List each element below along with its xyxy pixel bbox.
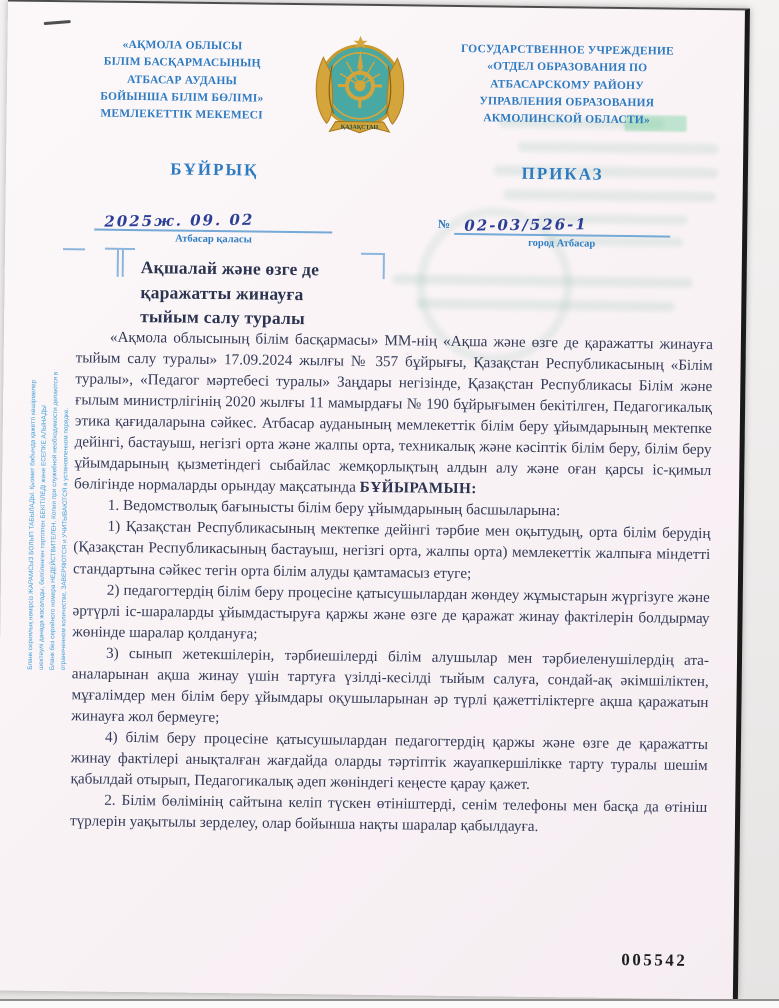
registration-mark-center xyxy=(105,248,135,250)
next-page-edge xyxy=(0,999,779,1008)
number-sign: № xyxy=(438,217,450,232)
scanned-document: «АҚМОЛА ОБЛЫСЫ БІЛІМ БАСҚАРМАСЫНЫҢ АТБАС… xyxy=(0,0,779,1008)
kazakhstan-emblem-svg: ҚАЗАҚСТАН xyxy=(307,31,412,144)
order-header-row: БҰЙРЫҚ 2025ж. 09. 02 Атбасар қаласы ПРИК… xyxy=(59,158,717,251)
document-page: «АҚМОЛА ОБЛЫСЫ БІЛІМ БАСҚАРМАСЫНЫҢ АТБАС… xyxy=(0,0,750,999)
date-field: 2025ж. 09. 02 xyxy=(95,201,333,234)
paragraph-subitem-2: 2) педагогтердің білім беру процесіне қа… xyxy=(72,579,710,650)
order-label-russian: ПРИКАЗ xyxy=(408,162,717,186)
scan-artifact-dash xyxy=(44,20,71,25)
kazakhstan-emblem-icon: ҚАЗАҚСТАН xyxy=(307,31,412,144)
handwritten-date: 2025ж. 09. 02 xyxy=(105,210,343,231)
preamble-text: «Ақмола облысының білім басқармасы» ММ-н… xyxy=(74,329,713,496)
order-kk-cell: БҰЙРЫҚ 2025ж. 09. 02 Атбасар қаласы xyxy=(59,158,369,247)
decree-word: БҰЙЫРАМЫН: xyxy=(360,479,477,497)
order-subject: Ақшалай және өзге де қаражатты жинауға т… xyxy=(140,255,319,331)
paragraph-subitem-1: 1) Қазақстан Республикасының мектепке де… xyxy=(73,516,711,587)
security-microprint: Бланк сериялық нөмірсіз ЖАРАМСЫЗ БОЛЫП Т… xyxy=(26,278,74,671)
order-label-kazakh: БҰЙРЫҚ xyxy=(60,158,369,182)
org-name-kazakh: «АҚМОЛА ОБЛЫСЫ БІЛІМ БАСҚАРМАСЫНЫҢ АТБАС… xyxy=(61,28,304,125)
letterhead: «АҚМОЛА ОБЛЫСЫ БІЛІМ БАСҚАРМАСЫНЫҢ АТБАС… xyxy=(60,28,718,148)
emblem-banner-text: ҚАЗАҚСТАН xyxy=(340,125,378,131)
paragraph-item-2: 2. Білім бөлімінің сайтына келіп түскен … xyxy=(70,789,707,839)
org-name-russian: ГОСУДАРСТВЕННОЕ УЧРЕЖДЕНИЕ «ОТДЕЛ ОБРАЗО… xyxy=(416,32,719,130)
paragraph-preamble: «Ақмола облысының білім басқармасы» ММ-н… xyxy=(74,326,713,502)
blank-serial-number: 005542 xyxy=(621,950,687,971)
paragraph-subitem-4: 4) білім беру процесіне қатысушылардан п… xyxy=(70,726,708,797)
registration-mark-left xyxy=(63,248,85,250)
registration-mark-right xyxy=(361,253,385,279)
number-field: № 02-03/526-1 xyxy=(454,205,670,238)
paragraph-subitem-3: 3) сынып жетекшілерін, тәрбиешілерді біл… xyxy=(71,642,709,734)
order-ru-cell: ПРИКАЗ № 02-03/526-1 город Атбасар xyxy=(407,162,717,251)
place-caption-kazakh: Атбасар қаласы xyxy=(59,232,368,247)
order-body: «Ақмола облысының білім басқармасы» ММ-н… xyxy=(70,326,713,839)
handwritten-number: 02-03/526-1 xyxy=(464,214,680,235)
